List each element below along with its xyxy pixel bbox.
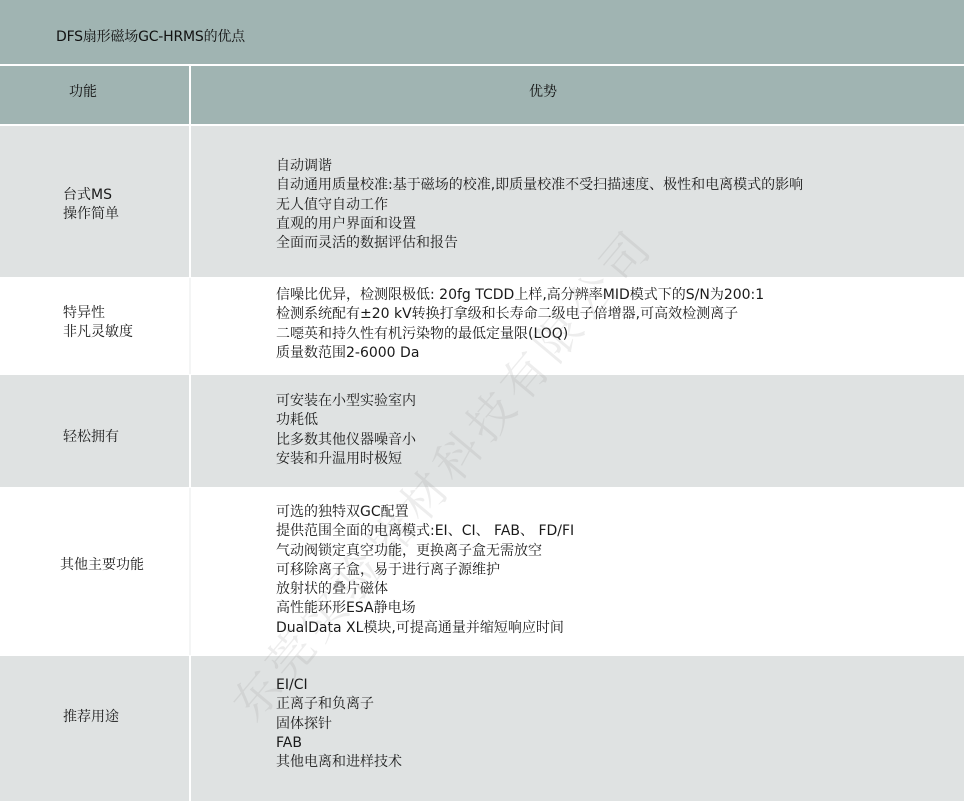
advantage-cell: 可安装在小型实验室内 功耗低 比多数其他仪器噪音小 安装和升温用时极短 [191, 375, 964, 487]
feature-label: 其他主要功能 [60, 556, 144, 575]
advantage-item: 自动通用质量校准:基于磁场的校准,即质量校准不受扫描速度、极性和电离模式的影响 [276, 176, 803, 195]
advantage-item: 检测系统配有±20 kV转换打拿级和长寿命二级电子倍增器,可高效检测离子 [276, 305, 764, 324]
feature-cell: 推荐用途 [0, 656, 189, 801]
advantage-list: 自动调谐 自动通用质量校准:基于磁场的校准,即质量校准不受扫描速度、极性和电离模… [276, 157, 803, 253]
advantage-item: EI/CI [276, 676, 402, 695]
advantage-item: DualData XL模块,可提高通量并缩短响应时间 [276, 619, 574, 638]
advantage-item: 气动阀锁定真空功能，更换离子盒无需放空 [276, 542, 574, 561]
column-divider [189, 66, 191, 124]
table-row: 其他主要功能 可选的独特双GC配置 提供范围全面的电离模式:EI、CI、 FAB… [0, 488, 964, 655]
table-title: DFS扇形磁场GC-HRMS的优点 [56, 27, 245, 47]
advantage-list: 可安装在小型实验室内 功耗低 比多数其他仪器噪音小 安装和升温用时极短 [276, 392, 416, 469]
feature-cell: 轻松拥有 [0, 375, 189, 487]
advantage-cell: 自动调谐 自动通用质量校准:基于磁场的校准,即质量校准不受扫描速度、极性和电离模… [191, 126, 964, 277]
advantage-cell: 信噪比优异，检测限极低: 20fg TCDD上样,高分辨率MID模式下的S/N为… [191, 278, 964, 374]
column-divider [189, 126, 191, 277]
advantage-item: 全面而灵活的数据评估和报告 [276, 234, 803, 253]
advantage-cell: EI/CI 正离子和负离子 固体探针 FAB 其他电离和进样技术 [191, 656, 964, 801]
feature-cell: 其他主要功能 [0, 488, 189, 655]
feature-label: 轻松拥有 [63, 428, 119, 447]
advantage-list: 信噪比优异，检测限极低: 20fg TCDD上样,高分辨率MID模式下的S/N为… [276, 286, 764, 363]
header-advantage-label: 优势 [529, 82, 557, 102]
advantage-item: 信噪比优异，检测限极低: 20fg TCDD上样,高分辨率MID模式下的S/N为… [276, 286, 764, 305]
advantage-item: 直观的用户界面和设置 [276, 215, 803, 234]
table-row: 推荐用途 EI/CI 正离子和负离子 固体探针 FAB 其他电离和进样技术 [0, 656, 964, 801]
column-divider [189, 375, 191, 487]
advantage-item: 功耗低 [276, 411, 416, 430]
advantage-item: 可移除离子盒，易于进行离子源维护 [276, 561, 574, 580]
column-divider [189, 656, 191, 801]
feature-label: 特异性 非凡灵敏度 [63, 304, 133, 342]
column-divider [189, 278, 191, 374]
advantage-item: 安装和升温用时极短 [276, 450, 416, 469]
table-row: 台式MS 操作简单 自动调谐 自动通用质量校准:基于磁场的校准,即质量校准不受扫… [0, 126, 964, 277]
header-cell-advantage: 优势 [191, 66, 964, 124]
header-cell-feature: 功能 [0, 66, 189, 124]
advantage-item: 自动调谐 [276, 157, 803, 176]
advantage-item: 固体探针 [276, 715, 402, 734]
advantage-item: 二噁英和持久性有机污染物的最低定量限(LOQ) [276, 325, 764, 344]
advantage-item: 无人值守自动工作 [276, 196, 803, 215]
advantage-list: 可选的独特双GC配置 提供范围全面的电离模式:EI、CI、 FAB、 FD/FI… [276, 503, 574, 638]
advantage-item: FAB [276, 734, 402, 753]
advantage-item: 放射状的叠片磁体 [276, 580, 574, 599]
column-divider [189, 488, 191, 655]
feature-label: 推荐用途 [63, 708, 119, 727]
advantage-item: 质量数范围2-6000 Da [276, 344, 764, 363]
title-bar: DFS扇形磁场GC-HRMS的优点 [0, 0, 964, 64]
feature-cell: 特异性 非凡灵敏度 [0, 278, 189, 374]
table-header-row: 功能 优势 [0, 66, 964, 124]
table-row: 轻松拥有 可安装在小型实验室内 功耗低 比多数其他仪器噪音小 安装和升温用时极短 [0, 375, 964, 487]
header-feature-label: 功能 [69, 82, 97, 102]
feature-cell: 台式MS 操作简单 [0, 126, 189, 277]
advantage-item: 其他电离和进样技术 [276, 753, 402, 772]
advantage-item: 可安装在小型实验室内 [276, 392, 416, 411]
advantage-item: 高性能环形ESA静电场 [276, 599, 574, 618]
advantage-list: EI/CI 正离子和负离子 固体探针 FAB 其他电离和进样技术 [276, 676, 402, 772]
advantage-item: 可选的独特双GC配置 [276, 503, 574, 522]
advantage-item: 正离子和负离子 [276, 695, 402, 714]
table-row: 特异性 非凡灵敏度 信噪比优异，检测限极低: 20fg TCDD上样,高分辨率M… [0, 278, 964, 374]
advantage-cell: 可选的独特双GC配置 提供范围全面的电离模式:EI、CI、 FAB、 FD/FI… [191, 488, 964, 655]
advantage-item: 提供范围全面的电离模式:EI、CI、 FAB、 FD/FI [276, 522, 574, 541]
feature-label: 台式MS 操作简单 [63, 186, 119, 224]
advantage-item: 比多数其他仪器噪音小 [276, 431, 416, 450]
